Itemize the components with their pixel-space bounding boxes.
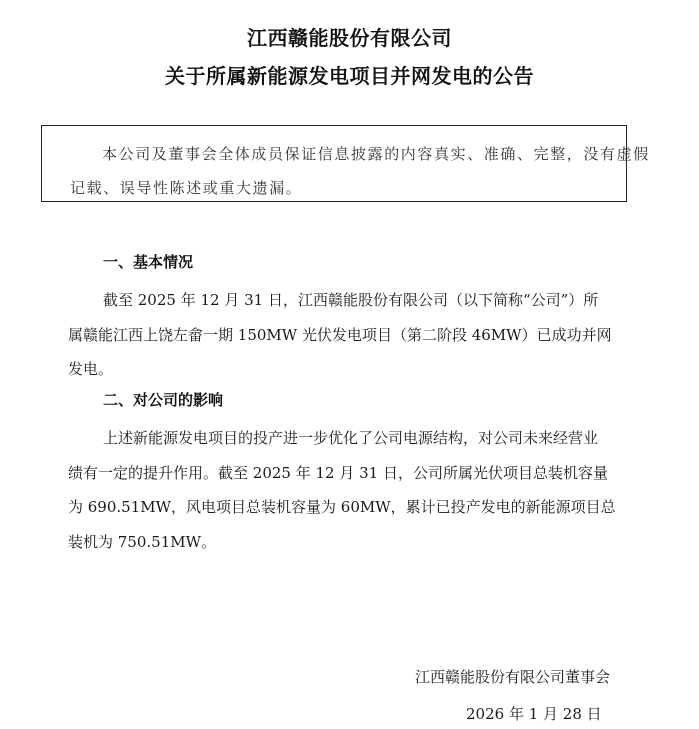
paragraph-line: 装机为 750.51MW。 [68,531,216,552]
paragraph-line: 为 690.51MW，风电项目总装机容量为 60MW，累计已投产发电的新能源项目… [68,496,616,517]
announcement-title: 关于所属新能源发电项目并网发电的公告 [0,60,699,89]
paragraph-line: 属赣能江西上饶左畲一期 150MW 光伏发电项目（第二阶段 46MW）已成功并网 [68,324,612,345]
paragraph-line: 绩有一定的提升作用。截至 2025 年 12 月 31 日，公司所属光伏项目总装… [68,462,608,483]
paragraph-line: 截至 2025 年 12 月 31 日，江西赣能股份有限公司（以下简称“公司”）… [103,289,598,310]
signature-company: 江西赣能股份有限公司董事会 [415,666,610,687]
disclaimer-line: 本公司及董事会全体成员保证信息披露的内容真实、准确、完整，没有虚假 [102,143,650,164]
company-name-title: 江西赣能股份有限公司 [0,22,699,51]
paragraph-line: 发电。 [68,358,113,379]
signature-date: 2026 年 1 月 28 日 [466,703,602,724]
paragraph-line: 上述新能源发电项目的投产进一步优化了公司电源结构，对公司未来经营业 [103,427,598,448]
disclaimer-line: 记载、误导性陈述或重大遗漏。 [70,177,302,198]
section-heading-basic-info: 一、基本情况 [103,251,193,272]
section-heading-impact: 二、对公司的影响 [103,389,223,410]
disclaimer-box: 本公司及董事会全体成员保证信息披露的内容真实、准确、完整，没有虚假 记载、误导性… [41,125,627,202]
